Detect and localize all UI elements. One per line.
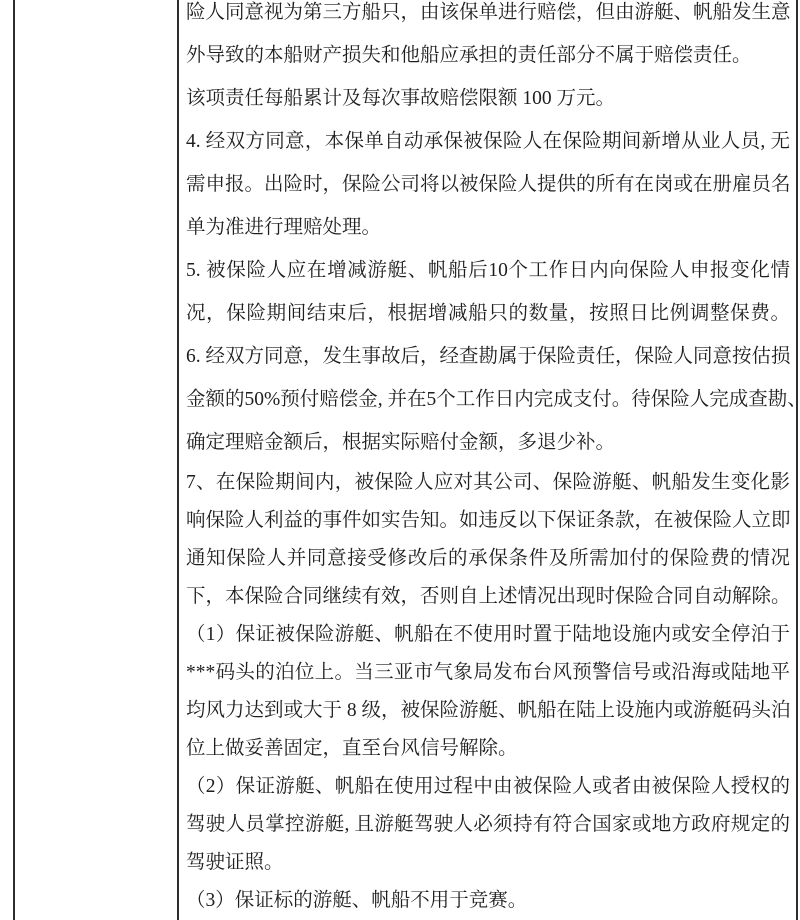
document-line: （2）保证游艇、帆船在使用过程中由被保险人或者由被保险人授权的 (186, 768, 790, 806)
document-line: （1）保证被保险游艇、帆船在不使用时置于陆地设施内或安全停泊于 (186, 616, 790, 654)
table-border-left (13, 0, 15, 920)
document-line: ***码头的泊位上。当三亚市气象局发布台风预警信号或沿海或陆地平 (186, 654, 790, 692)
document-line: 该项责任每船累计及每次事故赔偿限额 100 万元。 (186, 77, 790, 120)
document-line: 况，保险期间结束后，根据增减船只的数量，按照日比例调整保费。 (186, 292, 790, 335)
table-left-cell-empty (15, 0, 177, 920)
document-line: （3）保证标的游艇、帆船不用于竞赛。 (186, 882, 790, 920)
table-border-middle (177, 0, 179, 920)
document-line: 金额的50%预付赔偿金, 并在5个工作日内完成支付。待保险人完成查勘、 (186, 378, 790, 421)
document-line: 需申报。出险时，保险公司将以被保险人提供的所有在岗或在册雇员名 (186, 163, 790, 206)
document-line: 位上做妥善固定，直至台风信号解除。 (186, 730, 790, 768)
document-line: 确定理赔金额后，根据实际赔付金额，多退少补。 (186, 421, 790, 464)
clauses-text-cell: 险人同意视为第三方船只，由该保单进行赔偿，但由游艇、帆船发生意 外导致的本船财产… (186, 0, 790, 920)
document-line: 响保险人利益的事件如实告知。如违反以下保证条款，在被保险人立即 (186, 502, 790, 540)
table-border-right (796, 0, 798, 920)
document-line: 7、在保险期间内，被保险人应对其公司、保险游艇、帆船发生变化影 (186, 464, 790, 502)
document-line: 6. 经双方同意，发生事故后，经查勘属于保险责任，保险人同意按估损 (186, 335, 790, 378)
clauses-section-lower: 7、在保险期间内，被保险人应对其公司、保险游艇、帆船发生变化影 响保险人利益的事… (186, 464, 790, 920)
document-line: 单为准进行理赔处理。 (186, 206, 790, 249)
document-line: 通知保险人并同意接受修改后的承保条件及所需加付的保险费的情况 (186, 540, 790, 578)
document-line: 下，本保险合同继续有效，否则自上述情况出现时保险合同自动解除。 (186, 578, 790, 616)
document-line: 驾驶人员掌控游艇, 且游艇驾驶人必须持有符合国家或地方政府规定的 (186, 806, 790, 844)
document-line: 驾驶证照。 (186, 844, 790, 882)
document-line: 外导致的本船财产损失和他船应承担的责任部分不属于赔偿责任。 (186, 34, 790, 77)
clauses-section-upper: 险人同意视为第三方船只，由该保单进行赔偿，但由游艇、帆船发生意 外导致的本船财产… (186, 0, 790, 464)
document-line: 险人同意视为第三方船只，由该保单进行赔偿，但由游艇、帆船发生意 (186, 0, 790, 34)
document-line: 均风力达到或大于 8 级，被保险游艇、帆船在陆上设施内或游艇码头泊 (186, 692, 790, 730)
document-line: 4. 经双方同意，本保单自动承保被保险人在保险期间新增从业人员, 无 (186, 120, 790, 163)
document-line: 5. 被保险人应在增减游艇、帆船后10个工作日内向保险人申报变化情 (186, 249, 790, 292)
